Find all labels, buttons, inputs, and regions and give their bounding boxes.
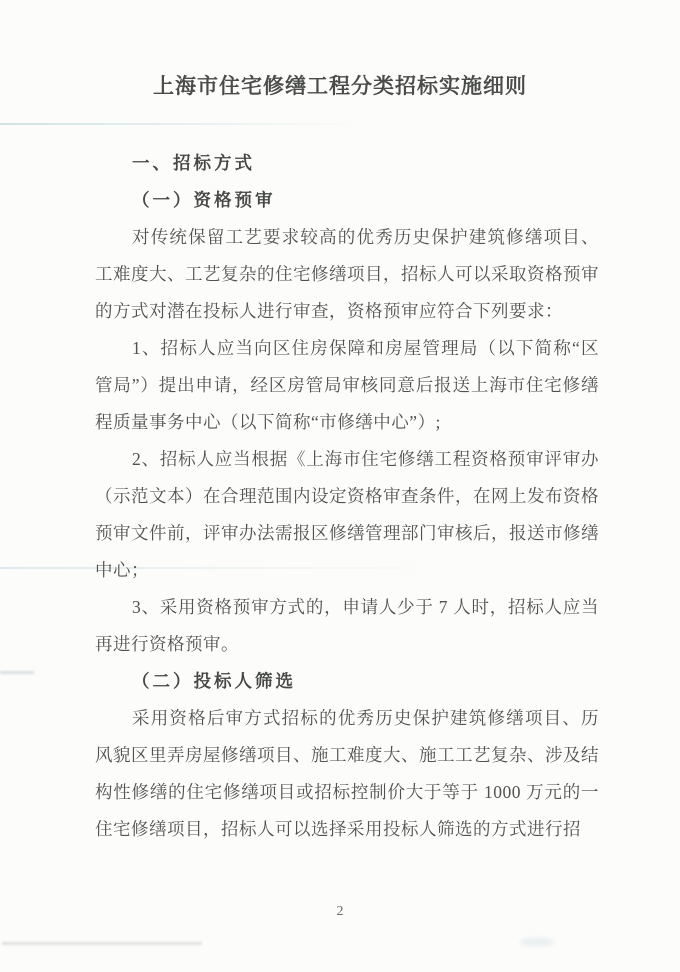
subsection-heading-prequalification: （一）资格预审 (95, 182, 599, 219)
document-body: 一、招标方式 （一）资格预审 对传统保留工艺要求较高的优秀历史保护建筑修缮项目、… (95, 145, 599, 848)
paragraph: 对传统保留工艺要求较高的优秀历史保护建筑修缮项目、施 工难度大、工艺复杂的住宅修… (95, 219, 599, 330)
scan-artifact-line (0, 671, 34, 674)
paragraph-line: 2、招标人应当根据《上海市住宅修缮工程资格预审评审办法》 (95, 441, 599, 478)
paragraph-line: 构性修缮的住宅修缮项目或招标控制价大于等于 1000 万元的一般 (95, 774, 599, 811)
scan-artifact-smudge (520, 938, 554, 946)
paragraph-line: 工难度大、工艺复杂的住宅修缮项目，招标人可以采取资格预审 (95, 256, 599, 293)
paragraph-line: 预审文件前，评审办法需报区修缮管理部门审核后，报送市修缮 (95, 515, 599, 552)
paragraph-line: （示范文本）在合理范围内设定资格审查条件，在网上发布资格 (95, 478, 599, 515)
paragraph: 1、招标人应当向区住房保障和房屋管理局（以下简称“区房 管局”）提出申请，经区房… (95, 330, 599, 441)
scanned-document-page: 上海市住宅修缮工程分类招标实施细则 一、招标方式 （一）资格预审 对传统保留工艺… (0, 0, 680, 972)
paragraph-line: 风貌区里弄房屋修缮项目、施工难度大、施工工艺复杂、涉及结 (95, 737, 599, 774)
paragraph-line: 中心； (95, 552, 599, 589)
paragraph-line: 的方式对潜在投标人进行审查，资格预审应符合下列要求： (95, 293, 599, 330)
subsection-heading-bidder-screening: （二）投标人筛选 (95, 663, 599, 700)
paragraph: 2、招标人应当根据《上海市住宅修缮工程资格预审评审办法》 （示范文本）在合理范围… (95, 441, 599, 589)
section-heading-bidding-method: 一、招标方式 (95, 145, 599, 182)
page-title: 上海市住宅修缮工程分类招标实施细则 (0, 70, 680, 100)
paragraph: 采用资格后审方式招标的优秀历史保护建筑修缮项目、历史 风貌区里弄房屋修缮项目、施… (95, 700, 599, 848)
paragraph-line: 管局”）提出申请，经区房管局审核同意后报送上海市住宅修缮工 (95, 367, 599, 404)
paragraph-line: 采用资格后审方式招标的优秀历史保护建筑修缮项目、历史 (95, 700, 599, 737)
scan-artifact-line (0, 123, 362, 125)
paragraph-line: 对传统保留工艺要求较高的优秀历史保护建筑修缮项目、施 (95, 219, 599, 256)
paragraph-line: 程质量事务中心（以下简称“市修缮中心”）; (95, 404, 599, 441)
scan-artifact-smudge (2, 942, 202, 945)
paragraph-line: 3、采用资格预审方式的，申请人少于 7 人时，招标人应当不 (95, 589, 599, 626)
paragraph-line: 再进行资格预审。 (95, 626, 599, 663)
paragraph-line: 住宅修缮项目，招标人可以选择采用投标人筛选的方式进行招标。 (95, 811, 599, 848)
paragraph: 3、采用资格预审方式的，申请人少于 7 人时，招标人应当不 再进行资格预审。 (95, 589, 599, 663)
paragraph-line: 1、招标人应当向区住房保障和房屋管理局（以下简称“区房 (95, 330, 599, 367)
page-number: 2 (0, 904, 680, 920)
